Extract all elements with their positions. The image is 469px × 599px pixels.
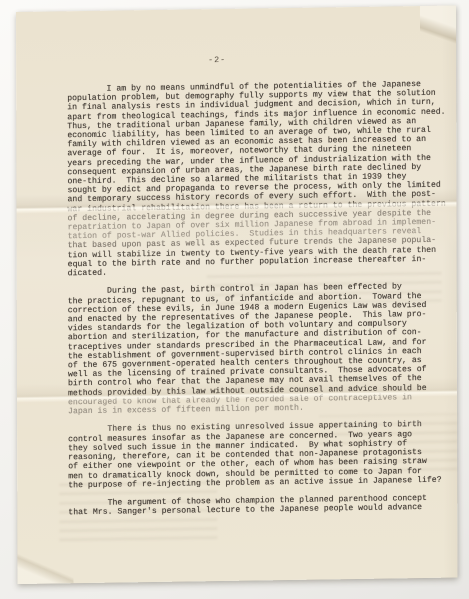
paragraph-birth-control-history: During the past, birth control in Japan … — [68, 282, 453, 417]
document-body: I am by no means unmindful of the potent… — [67, 80, 453, 527]
corner-crease-bottom-left — [17, 549, 73, 584]
paragraph-population-problem: I am by no means unmindful of the potent… — [67, 80, 452, 279]
document-page: -2- I am by no means unmindful of the po… — [16, 5, 457, 584]
page-number: -2- — [0, 52, 437, 69]
paragraph-no-unresolved-issue: There is thus no existing unresolved iss… — [68, 420, 453, 490]
paragraph-planned-parenthood-argument: The argument of those who champion the p… — [68, 494, 453, 518]
